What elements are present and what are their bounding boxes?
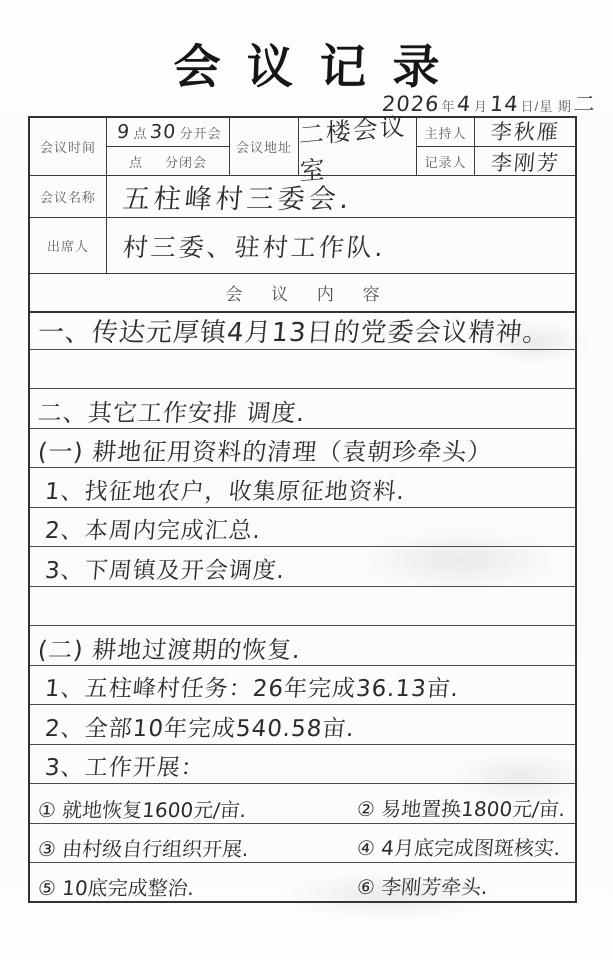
date-day-value: 14: [489, 92, 520, 116]
meeting-name-label: 会议名称: [30, 176, 107, 217]
meeting-name-value: 五柱峰村三委会.: [121, 177, 354, 216]
open-hour-suffix: 点: [133, 123, 147, 142]
info-row-meeting-name: 会议名称 五柱峰村三委会.: [30, 176, 575, 218]
close-hour-suffix: 点: [129, 152, 143, 171]
date-month-label: 月: [474, 96, 488, 115]
host-value: 李秋雁: [489, 116, 561, 146]
date-weekday-value: 二: [573, 88, 598, 118]
content-line-two-col: ① 就地恢复1600元/亩. ② 易地置换1800元/亩.: [30, 784, 575, 824]
content-line-empty: [30, 350, 575, 390]
content-line: 2、全部10年完成540.58亩.: [30, 705, 575, 745]
content-line-two-col: ③ 由村级自行组织开展. ④ 4月底完成图斑核实.: [30, 824, 575, 864]
meeting-address-value-cell: 二楼会议室: [299, 118, 417, 175]
meeting-address-label: 会议地址: [230, 118, 299, 175]
info-row-content-header: 会 议 内 容: [30, 274, 575, 311]
content-line: 1、五柱峰村任务：26年完成36.13亩.: [30, 666, 575, 706]
roles-label-cell: 主持人 记录人: [417, 118, 475, 175]
info-row-time-address: 会议时间 9 点 30 分开会 点 分闭会 会议地址 二楼会议室 主持人: [30, 118, 575, 176]
time-close-row: 点 分闭会: [107, 147, 229, 175]
meeting-time-label: 会议时间: [30, 118, 107, 175]
close-minute-suffix: 分闭会: [165, 152, 207, 171]
roles-value-cell: 李秋雁 李刚芳: [475, 118, 575, 175]
open-minute-value: 30: [149, 121, 177, 143]
content-line: 2、本周内完成汇总.: [30, 508, 575, 548]
host-value-row: 李秋雁: [475, 116, 575, 147]
content-header: 会 议 内 容: [30, 274, 575, 311]
date-year-label: 年: [441, 96, 455, 115]
meeting-time-cell: 9 点 30 分开会 点 分闭会: [107, 118, 230, 175]
content-line: 3、下周镇及开会调度.: [30, 547, 575, 587]
content-line: (二) 耕地过渡期的恢复.: [30, 626, 575, 666]
attendees-value: 村三委、驻村工作队.: [121, 228, 387, 264]
info-row-attendees: 出席人 村三委、驻村工作队.: [30, 218, 575, 274]
recorder-label: 记录人: [417, 147, 474, 175]
content-line: 3、工作开展：: [30, 745, 575, 785]
meeting-name-value-cell: 五柱峰村三委会.: [107, 176, 575, 217]
meeting-info-table: 会议时间 9 点 30 分开会 点 分闭会 会议地址 二楼会议室 主持人: [28, 116, 577, 313]
recorder-value: 李刚芳: [489, 147, 561, 177]
meeting-content: 一、传达元厚镇4月13日的党委会议精神。 二、其它工作安排 调度. (一) 耕地…: [28, 310, 577, 903]
content-line: 1、找征地农户，收集原征地资料.: [30, 468, 575, 508]
recorder-value-row: 李刚芳: [475, 147, 575, 177]
host-label: 主持人: [417, 118, 474, 147]
attendees-value-cell: 村三委、驻村工作队.: [107, 218, 575, 273]
date-month-value: 4: [456, 92, 472, 116]
content-line-two-col: ⑤ 10底完成整治. ⑥ 李刚芳牵头.: [30, 863, 575, 903]
open-minute-suffix: 分开会: [180, 123, 222, 142]
page-title: 会议记录: [0, 30, 613, 97]
time-open-row: 9 点 30 分开会: [107, 118, 229, 147]
content-line-empty: [30, 587, 575, 627]
open-hour-value: 9: [116, 121, 131, 143]
date-day-label: 日/星 期: [521, 96, 572, 115]
meeting-record-page: 会议记录 2026 年 4 月 14 日/星 期 二 会议时间 9 点 30 分…: [0, 0, 613, 960]
content-line: 二、其它工作安排 调度.: [30, 389, 575, 429]
content-line: 一、传达元厚镇4月13日的党委会议精神。: [30, 310, 575, 350]
attendees-label: 出席人: [30, 218, 107, 273]
content-line: (一) 耕地征用资料的清理（袁朝珍牵头）: [30, 429, 575, 469]
